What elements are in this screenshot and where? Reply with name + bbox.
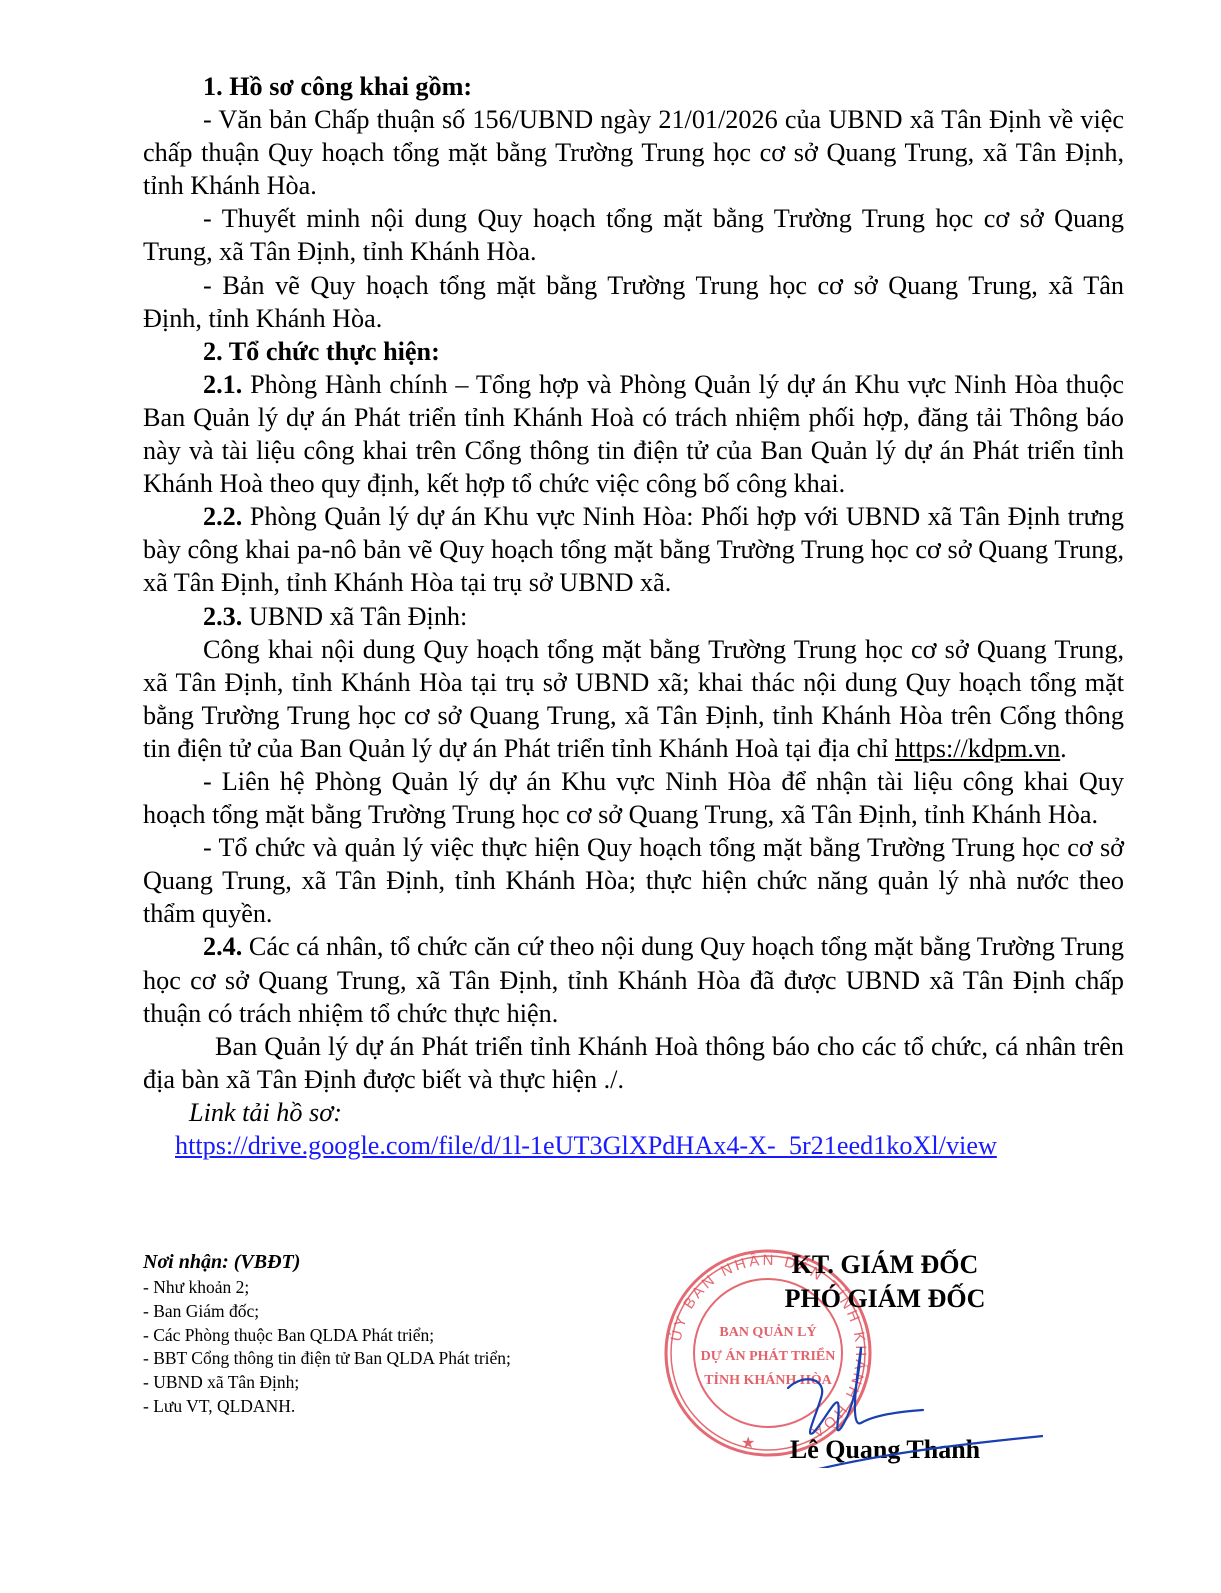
section-1-item: - Bản vẽ Quy hoạch tổng mặt bằng Trường … xyxy=(143,269,1124,335)
signature-title: KT. GIÁM ĐỐC xyxy=(755,1248,1015,1282)
download-label: Link tải hồ sơ: xyxy=(143,1096,1124,1129)
section-number: 2.4. xyxy=(203,932,242,961)
section-number: 2.3. xyxy=(203,602,242,631)
recipient-item: - UBND xã Tân Định; xyxy=(143,1371,643,1395)
section-2-heading: 2. Tổ chức thực hiện: xyxy=(143,335,1124,368)
section-2-3-paragraph: - Tổ chức và quản lý việc thực hiện Quy … xyxy=(143,831,1124,930)
handwritten-signature-icon xyxy=(743,1328,1043,1468)
section-1-item: - Văn bản Chấp thuận số 156/UBND ngày 21… xyxy=(143,103,1124,202)
section-2-3: 2.3. UBND xã Tân Định: xyxy=(143,600,1124,633)
section-2-1: 2.1. Phòng Hành chính – Tổng hợp và Phòn… xyxy=(143,368,1124,500)
signature-block: KT. GIÁM ĐỐC PHÓ GIÁM ĐỐC Lê Quang Thanh xyxy=(755,1248,1015,1316)
kdpm-link[interactable]: https://kdpm.vn xyxy=(895,734,1060,763)
recipient-item: - Các Phòng thuộc Ban QLDA Phát triển; xyxy=(143,1324,643,1348)
recipient-item: - BBT Cổng thông tin điện tử Ban QLDA Ph… xyxy=(143,1347,643,1371)
signature-subtitle: PHÓ GIÁM ĐỐC xyxy=(755,1282,1015,1316)
recipients-title: Nơi nhận: (VBĐT) xyxy=(143,1248,643,1276)
section-2-3-paragraph: Công khai nội dung Quy hoạch tổng mặt bằ… xyxy=(143,633,1124,765)
download-link[interactable]: https://drive.google.com/file/d/1l-1eUT3… xyxy=(175,1131,997,1160)
section-number: 2.2. xyxy=(203,502,242,531)
recipients-block: Nơi nhận: (VBĐT) - Như khoản 2; - Ban Gi… xyxy=(143,1248,643,1419)
section-2-2: 2.2. Phòng Quản lý dự án Khu vực Ninh Hò… xyxy=(143,500,1124,599)
recipient-item: - Lưu VT, QLDANH. xyxy=(143,1395,643,1419)
recipient-item: - Như khoản 2; xyxy=(143,1276,643,1300)
section-number: 2.1. xyxy=(203,370,242,399)
section-1-heading: 1. Hồ sơ công khai gồm: xyxy=(143,70,1124,103)
download-link-line: https://drive.google.com/file/d/1l-1eUT3… xyxy=(143,1129,1124,1162)
document-footer: Nơi nhận: (VBĐT) - Như khoản 2; - Ban Gi… xyxy=(143,1248,1123,1548)
section-2-4: 2.4. Các cá nhân, tổ chức căn cứ theo nộ… xyxy=(143,930,1124,1029)
section-1-item: - Thuyết minh nội dung Quy hoạch tổng mặ… xyxy=(143,202,1124,268)
document-body: 1. Hồ sơ công khai gồm: - Văn bản Chấp t… xyxy=(143,70,1124,1162)
section-2-3-paragraph: - Liên hệ Phòng Quản lý dự án Khu vực Ni… xyxy=(143,765,1124,831)
closing-paragraph: Ban Quản lý dự án Phát triển tỉnh Khánh … xyxy=(143,1030,1124,1096)
recipient-item: - Ban Giám đốc; xyxy=(143,1300,643,1324)
